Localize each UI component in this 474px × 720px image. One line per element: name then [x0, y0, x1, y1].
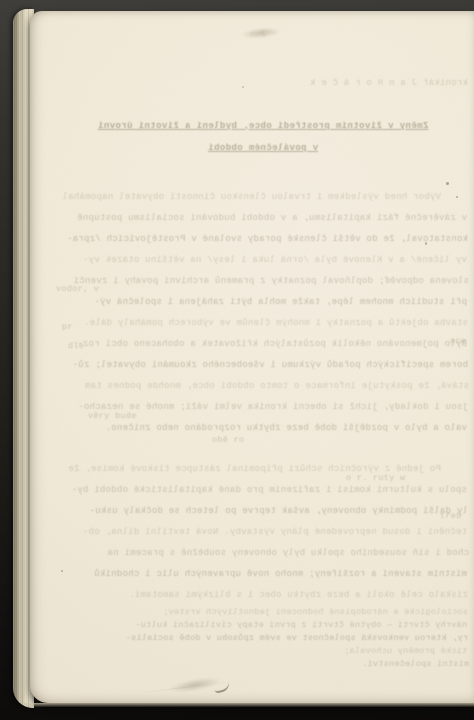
showthrough-fragment: dle — [68, 341, 84, 351]
ink-speck — [425, 242, 427, 245]
showthrough-fragment: třeb — [440, 511, 462, 521]
showthrough-fragment: pr — [62, 322, 73, 332]
showthrough-layer: vodor, v pr dle věry bude obě ro o r. ru… — [30, 11, 474, 703]
ink-speck — [242, 86, 244, 88]
showthrough-fragment: vodor, v — [56, 284, 99, 294]
showthrough-fragment: ace — [450, 336, 466, 346]
showthrough-fragment: věry bude — [88, 411, 137, 421]
ink-speck — [61, 570, 63, 572]
page-bottom-edge — [24, 703, 474, 707]
document-page: - 2 - kronikář J a n H o r á č e k Změny… — [30, 11, 474, 703]
showthrough-fragment: obě ro — [212, 435, 244, 445]
ink-speck — [456, 196, 458, 198]
showthrough-fragment: o r. ruty w — [346, 473, 405, 483]
ink-speck — [446, 182, 449, 185]
